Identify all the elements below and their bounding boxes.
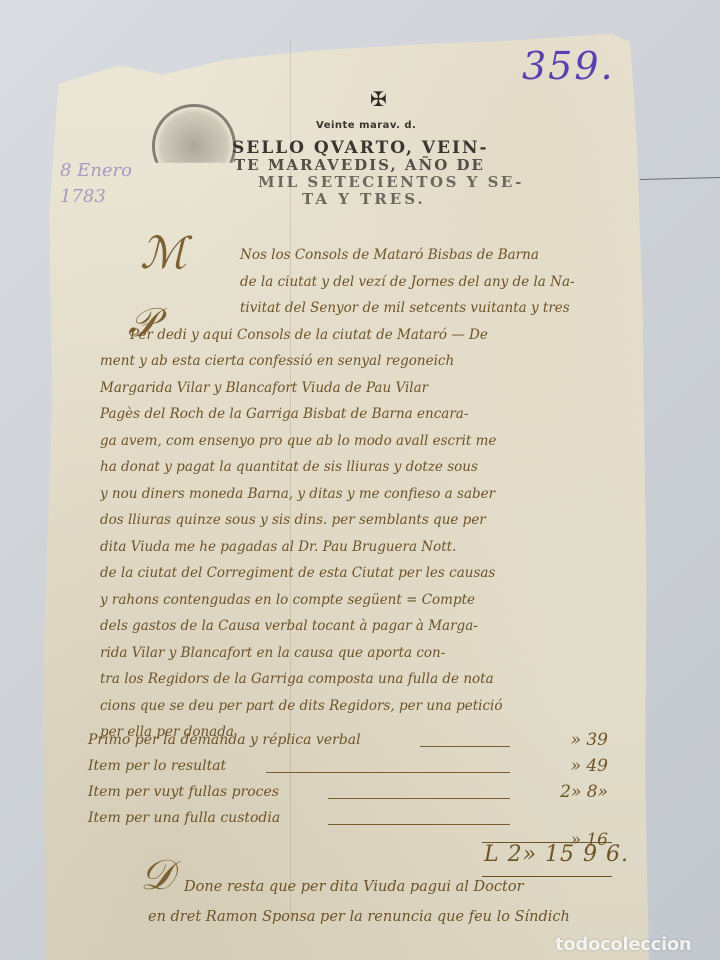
body-line: y nou diners moneda Barna, y ditas y me … [100, 481, 630, 508]
cross-emblem-icon: ✠ [370, 87, 387, 111]
body-line: tivitat del Senyor de mil setcents vuita… [100, 295, 630, 322]
watermark-logo: todocoleccion [555, 934, 691, 955]
stamp-line: TE MARAVEDIS, AÑO DE [232, 157, 562, 174]
account-row: Primo per la demanda y réplica verbal » … [88, 730, 608, 756]
body-line: rida Vilar y Blancafort en la causa que … [100, 640, 630, 667]
closing-line: Done resta que per dita Viuda pagui al D… [148, 872, 638, 902]
body-line: ga avem, com ensenyo pro que ab lo modo … [100, 428, 630, 455]
body-line: y rahons contengudas en lo compte següen… [100, 587, 630, 614]
account-table: Primo per la demanda y réplica verbal » … [88, 730, 608, 834]
account-row: Item per lo resultat » 49 [88, 756, 608, 782]
body-line: Per dedi y aqui Consols de la ciutat de … [100, 322, 630, 349]
stamp-text-block: SELLO QVARTO, VEIN- TE MARAVEDIS, AÑO DE… [232, 140, 562, 208]
body-line: de la ciutat y del vezí de Jornes del an… [100, 269, 630, 296]
closing-line: en dret Ramon Sponsa per la renuncia que… [148, 902, 638, 932]
body-line: de la ciutat del Corregiment de esta Ciu… [100, 560, 630, 587]
leader-line [328, 824, 510, 825]
account-item-label: Item per una fulla custodia [88, 810, 280, 826]
account-row: Item per vuyt fullas proces 2» 8» [88, 782, 608, 808]
body-line: Pagès del Roch de la Garriga Bisbat de B… [100, 401, 630, 428]
account-total: L 2» 15 9 6. [484, 842, 629, 867]
body-line: dita Viuda me he pagadas al Dr. Pau Brug… [100, 534, 630, 561]
body-line: Nos los Consols de Mataró Bisbas de Barn… [100, 242, 630, 269]
body-line: Margarida Vilar y Blancafort Viuda de Pa… [100, 375, 630, 402]
account-item-amount: 2» 8» [538, 782, 608, 802]
background-line [640, 177, 720, 180]
account-item-label: Item per lo resultat [88, 758, 226, 774]
stamp-line: TA Y TRES. [232, 191, 562, 208]
closing-paragraph: Done resta que per dita Viuda pagui al D… [148, 872, 638, 932]
account-item-label: Item per vuyt fullas proces [88, 784, 279, 800]
leader-line [328, 798, 510, 799]
body-line: dels gastos de la Causa verbal tocant à … [100, 613, 630, 640]
stamp-line: MIL SETECIENTOS Y SE- [232, 174, 562, 191]
stamp-value-text: Veinte marav. d. [316, 120, 416, 131]
page-number: 359. [522, 44, 615, 88]
leader-line [420, 746, 510, 747]
document-body: Nos los Consols de Mataró Bisbas de Barn… [100, 242, 630, 746]
account-row: Item per una fulla custodia » 16 [88, 808, 608, 834]
body-line: ha donat y pagat la quantitat de sis lli… [100, 454, 630, 481]
account-item-label: Primo per la demanda y réplica verbal [88, 732, 361, 748]
body-line: tra los Regidors de la Garriga composta … [100, 666, 630, 693]
body-line: ment y ab esta cierta confessió en senya… [100, 348, 630, 375]
body-line: dos lliuras quinze sous y sis dins. per … [100, 507, 630, 534]
leader-line [266, 772, 510, 773]
margin-date-note: 8 Enero 1783 [60, 158, 132, 210]
stamp-line: SELLO QVARTO, VEIN- [232, 140, 562, 157]
body-line: cions que se deu per part de dits Regido… [100, 693, 630, 720]
margin-date-day: 8 Enero [60, 158, 132, 184]
account-item-amount: » 49 [538, 756, 608, 776]
margin-date-year: 1783 [60, 184, 132, 210]
account-item-amount: » 39 [538, 730, 608, 750]
